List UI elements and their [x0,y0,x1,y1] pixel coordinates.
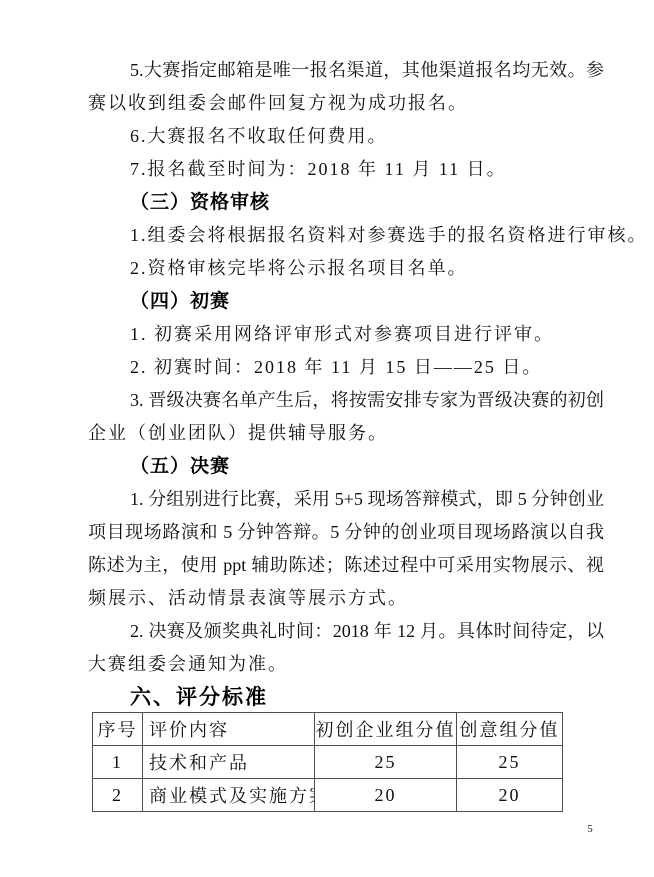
table-header-creative: 创意组分值 [457,713,563,746]
paragraph-line: 陈述为主，使用 ppt 辅助陈述；陈述过程中可采用实物展示、视 [88,549,604,582]
table-header-row: 序号 评价内容 初创企业组分值 创意组分值 [93,713,563,746]
text-area: 5.大赛指定邮箱是唯一报名渠道，其他渠道报名均无效。参 赛以收到组委会邮件回复方… [88,54,604,714]
section-heading-preliminary: （四）初赛 [88,285,604,318]
document-page: 5.大赛指定邮箱是唯一报名渠道，其他渠道报名均无效。参 赛以收到组委会邮件回复方… [0,0,654,877]
table-row: 2 商业模式及实施方案 20 20 [93,779,563,812]
chapter-heading-scoring: 六、评分标准 [88,681,604,714]
row-startup-score: 20 [315,779,457,812]
paragraph-line: 1. 分组别进行比赛，采用 5+5 现场答辩模式，即 5 分钟创业 [88,483,604,516]
paragraph-line: 3. 晋级决赛名单产生后，将按需安排专家为晋级决赛的初创 [88,384,604,417]
paragraph-line: 频展示、活动情景表演等展示方式。 [88,582,604,615]
paragraph-line: 7.报名截至时间为：2018 年 11 月 11 日。 [88,153,604,186]
paragraph-line: 1. 初赛采用网络评审形式对参赛项目进行评审。 [88,318,604,351]
row-creative-score: 25 [457,746,563,779]
paragraph-line: 2. 决赛及颁奖典礼时间：2018 年 12 月。具体时间待定，以 [88,615,604,648]
table-row: 1 技术和产品 25 25 [93,746,563,779]
scoring-table: 序号 评价内容 初创企业组分值 创意组分值 1 技术和产品 25 25 2 商业… [92,712,563,812]
row-no: 1 [93,746,143,779]
row-creative-score: 20 [457,779,563,812]
table-header-startup: 初创企业组分值 [315,713,457,746]
paragraph-line: 项目现场路演和 5 分钟答辩。5 分钟的创业项目现场路演以自我 [88,516,604,549]
paragraph-line: 6.大赛报名不收取任何费用。 [88,120,604,153]
paragraph-line: 2.资格审核完毕将公示报名项目名单。 [88,252,604,285]
paragraph-line: 赛以收到组委会邮件回复方视为成功报名。 [88,87,604,120]
section-heading-qualification: （三）资格审核 [88,186,604,219]
section-heading-final: （五）决赛 [88,450,604,483]
table-header-no: 序号 [93,713,143,746]
paragraph-line: 1.组委会将根据报名资料对参赛选手的报名资格进行审核。 [88,219,604,252]
paragraph-line: 大赛组委会通知为准。 [88,648,604,681]
row-no: 2 [93,779,143,812]
row-startup-score: 25 [315,746,457,779]
row-item: 技术和产品 [143,746,315,779]
paragraph-line: 2. 初赛时间：2018 年 11 月 15 日——25 日。 [88,351,604,384]
paragraph-line: 企业（创业团队）提供辅导服务。 [88,417,604,450]
table-header-item: 评价内容 [143,713,315,746]
row-item: 商业模式及实施方案 [143,779,315,812]
paragraph-line: 5.大赛指定邮箱是唯一报名渠道，其他渠道报名均无效。参 [88,54,604,87]
page-number: 5 [583,823,597,835]
